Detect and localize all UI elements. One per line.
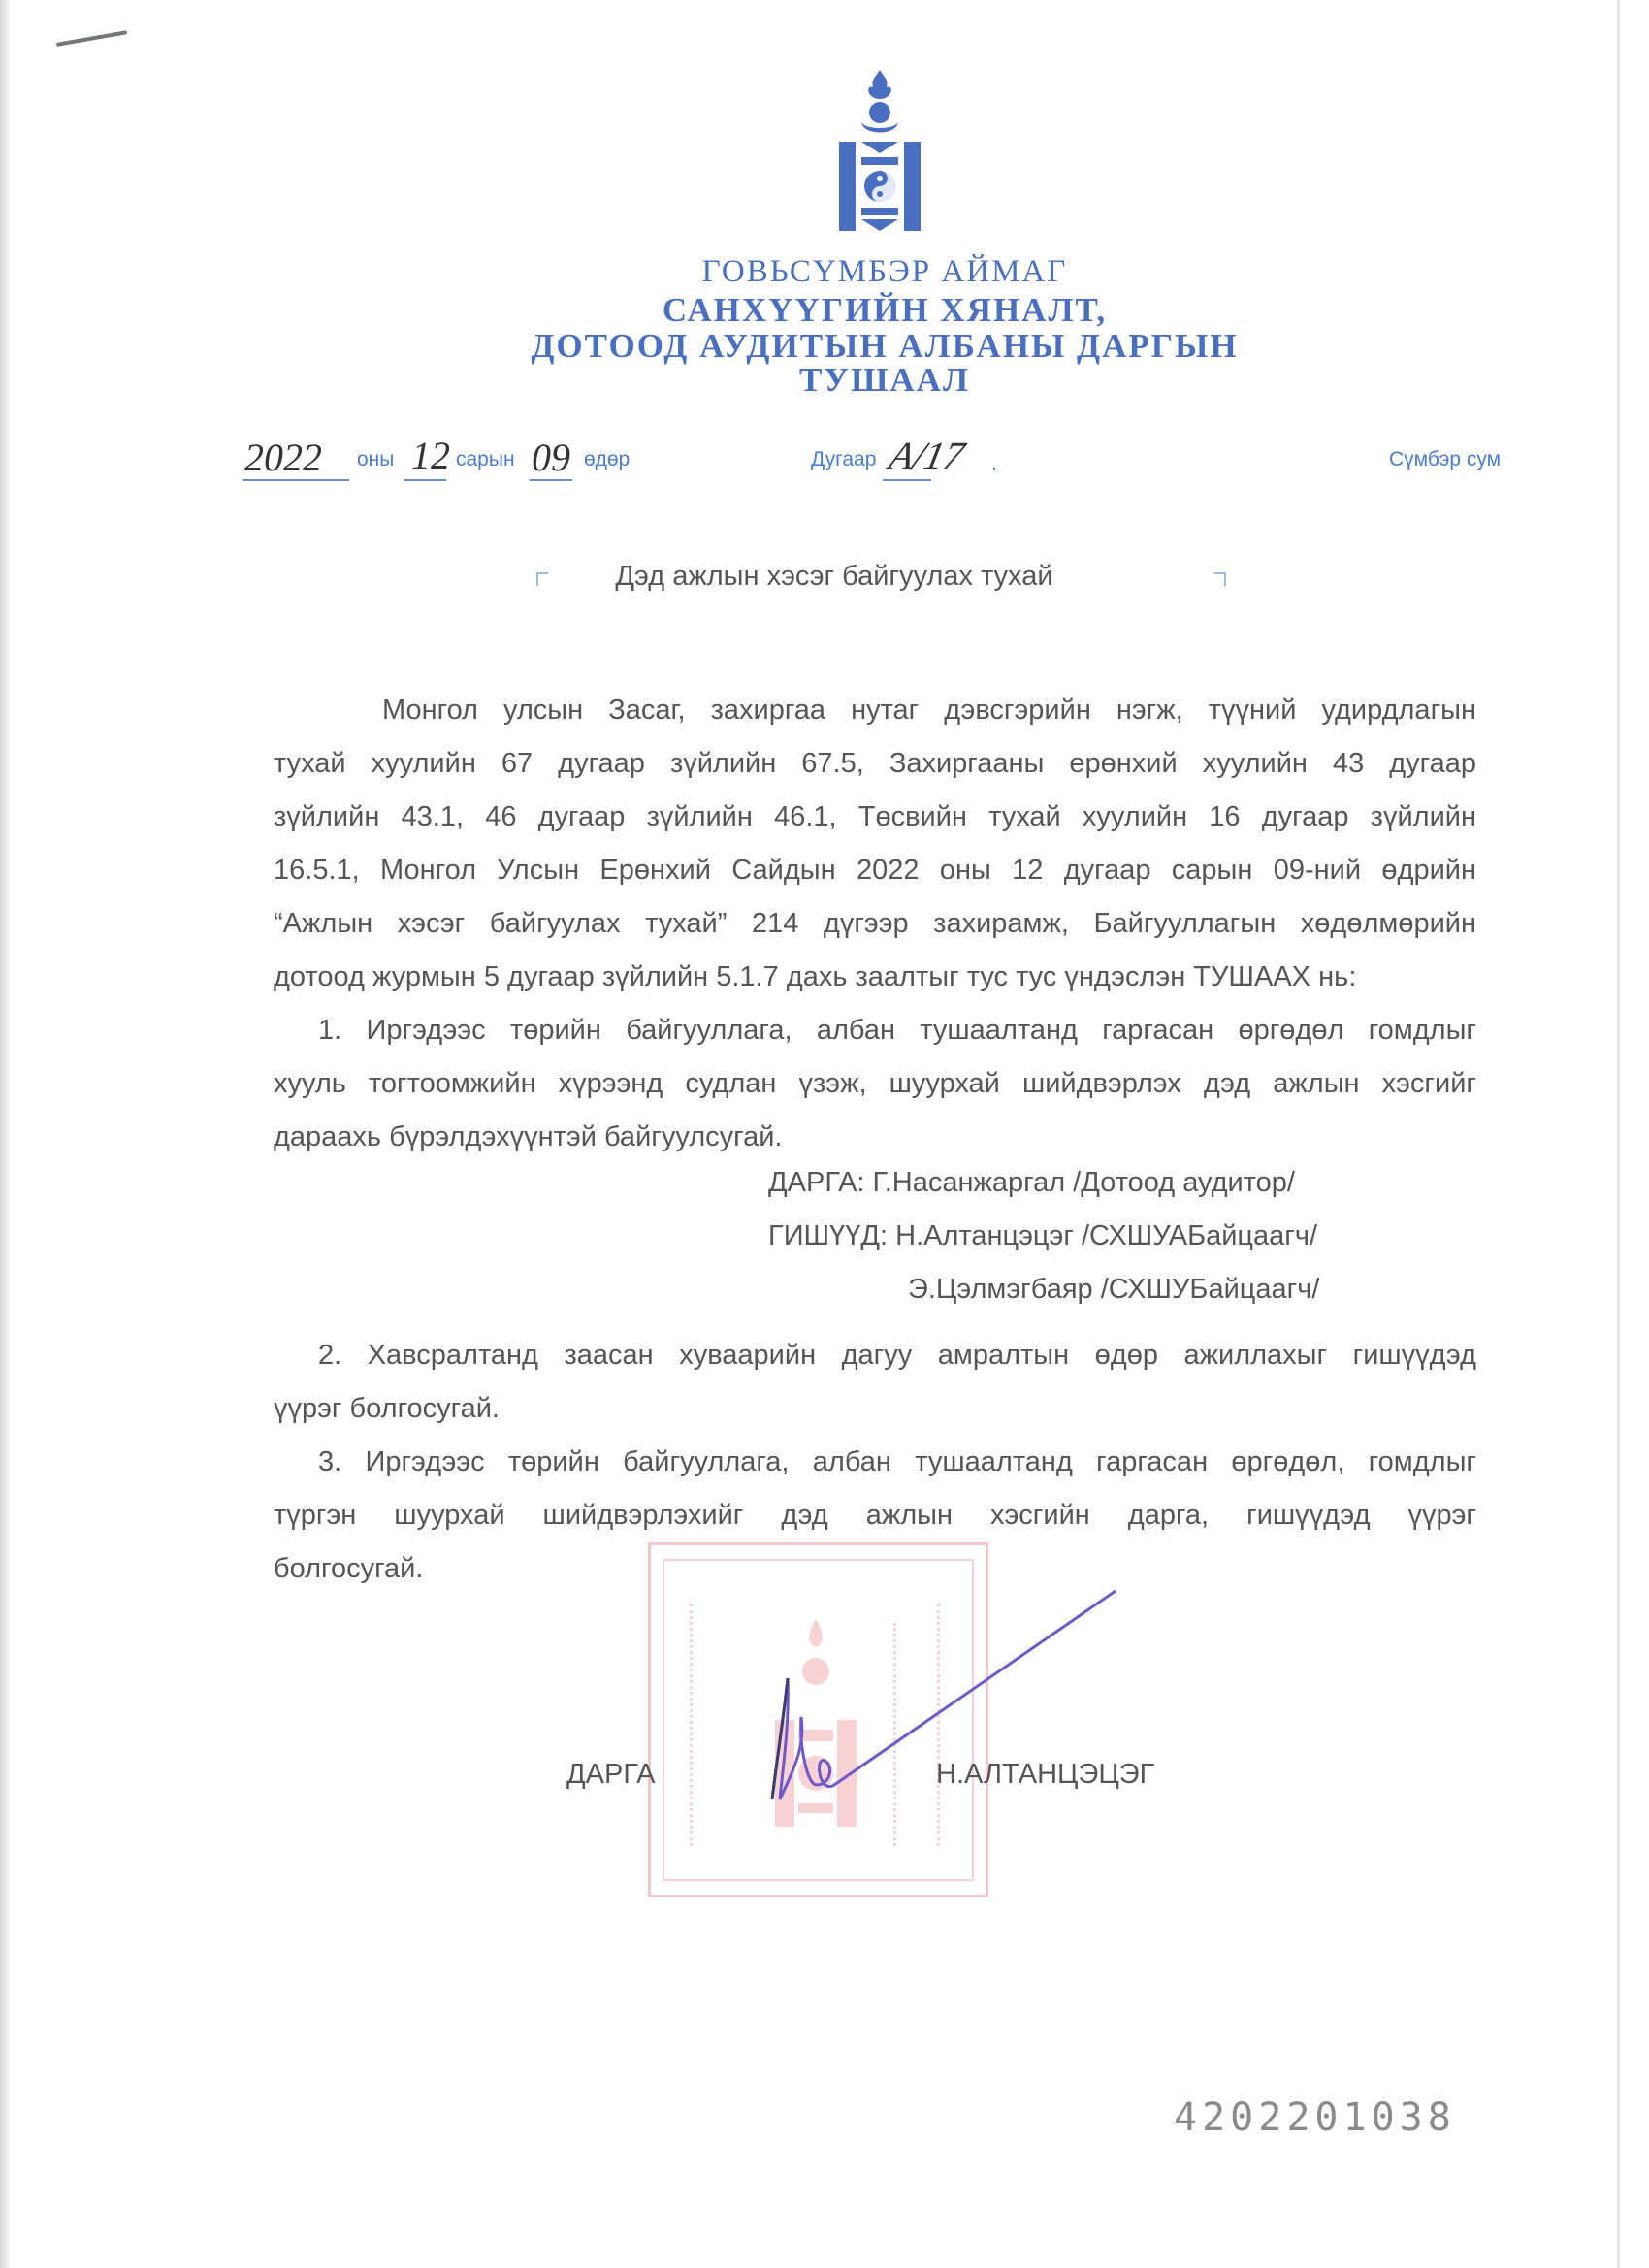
preamble-line: 16.5.1, Монгол Улсын Ерөнхий Сайдын 2022…: [274, 844, 1476, 897]
member-1: ГИШҮҮД: Н.Алтанцэцэг /СХШУАБайцаагч/: [768, 1220, 1317, 1252]
member-2: Э.Цэлмэгбаяр /СХШУБайцаагч/: [908, 1274, 1319, 1306]
order-item-1: 1. Иргэдээс төрийн байгууллага, албан ту…: [274, 1004, 1476, 1164]
subject-corner-right: [1214, 572, 1226, 586]
item-line: үүрэг болгосугай.: [274, 1382, 1476, 1436]
preamble-paragraph: Монгол улсын Засаг, захиргаа нутаг дэвсг…: [274, 684, 1476, 1004]
preamble-line: дотоод журмын 5 дугаар зүйлийн 5.1.7 дах…: [274, 951, 1476, 1004]
item-line: дараахь бүрэлдэхүүнтэй байгуулсугай.: [274, 1111, 1476, 1164]
subject-title: Дэд ажлын хэсэг байгуулах тухай: [0, 561, 1649, 593]
signatory-title: ДАРГА: [566, 1759, 655, 1791]
month-label: сарын: [456, 448, 515, 471]
item-line: 3. Иргэдээс төрийн байгууллага, албан ту…: [274, 1436, 1476, 1489]
header-office-line2: ДОТООД АУДИТЫН АЛБАНЫ ДАРГЫН: [60, 327, 1649, 366]
header-office-line1: САНХҮҮГИЙН ХЯНАЛТ,: [60, 291, 1649, 330]
member-chair: ДАРГА: Г.Насанжаргал /Дотоод аудитор/: [768, 1167, 1295, 1199]
item-line: 1. Иргэдээс төрийн байгууллага, албан ту…: [274, 1004, 1476, 1057]
location: Сүмбэр сум: [1389, 448, 1501, 471]
preamble-line: “Ажлын хэсэг байгуулах тухай” 214 дүгээр…: [274, 897, 1476, 951]
handwritten-day: 09: [532, 435, 570, 480]
handwritten-order-number: А/17: [886, 433, 969, 478]
preamble-line: тухай хуулийн 67 дугаар зүйлийн 67.5, За…: [274, 737, 1476, 791]
document-page: ГОВЬСҮМБЭР АЙМАГ САНХҮҮГИЙН ХЯНАЛТ, ДОТО…: [0, 0, 1649, 2268]
number-label: Дугаар: [811, 448, 876, 471]
day-label: өдөр: [584, 448, 630, 471]
item-line: 2. Хавсралтанд заасан хуваарийн дагуу ам…: [274, 1329, 1476, 1382]
header-province: ГОВЬСҮМБЭР АЙМАГ: [60, 254, 1649, 290]
year-label: оны: [357, 448, 394, 471]
number-suffix: .: [991, 452, 997, 475]
year-underline: [242, 479, 349, 481]
item-line: түргэн шуурхай шийдвэрлэхийг дэд ажлын х…: [274, 1489, 1476, 1542]
preamble-line: зүйлийн 43.1, 46 дугаар зүйлийн 46.1, Тө…: [274, 791, 1476, 844]
soyombo-emblem-icon: [832, 66, 927, 233]
handwritten-year: 2022: [244, 435, 322, 480]
preamble-line: Монгол улсын Засаг, захиргаа нутаг дэвсг…: [274, 684, 1476, 737]
month-underline: [404, 479, 446, 481]
scan-edge-left: [0, 0, 10, 2268]
item-line: хууль тогтоомжийн хүрээнд судлан үзэж, ш…: [274, 1057, 1476, 1111]
header-document-type: ТУШААЛ: [60, 361, 1649, 400]
signatory-name: Н.АЛТАНЦЭЦЭГ: [936, 1759, 1154, 1791]
number-underline: [883, 479, 931, 481]
registration-number: 4202201038: [1174, 2095, 1456, 2140]
day-underline: [530, 479, 572, 481]
staple-mark: [56, 30, 128, 47]
seal-script-left: [690, 1604, 704, 1846]
handwritten-month: 12: [411, 433, 450, 478]
order-item-2: 2. Хавсралтанд заасан хуваарийн дагуу ам…: [274, 1329, 1476, 1436]
